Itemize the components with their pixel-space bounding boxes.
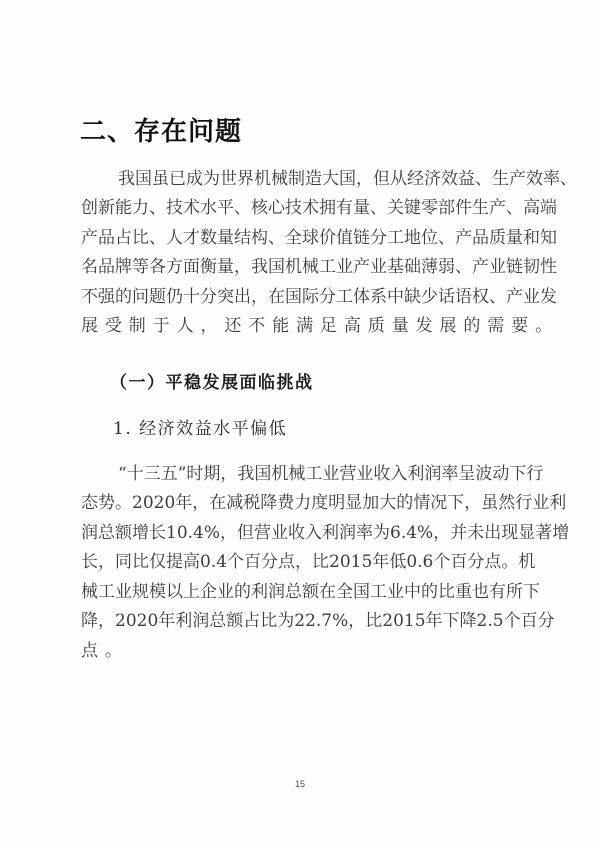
item-title: 1. 经济效益水平偏低 [113,414,287,439]
document-page: 二、存在问题 我国虽已成为世界机械制造大国，但从经济效益、生产效率、 创新能力、… [0,0,600,848]
paragraph-line: “十三五”时期，我国机械工业营业收入利润率呈波动下行 [118,462,523,486]
section-title: 二、存在问题 [80,111,242,148]
paragraph-line: 润总额增长10.4%，但营业收入利润率为6.4%，并未出现显著增 [81,521,523,545]
paragraph-line: 名品牌等各方面衡量，我国机械工业产业基础薄弱、产业链韧性 [81,255,523,279]
paragraph-line: 展受制于人，还不能满足高质量发展的需要。 [81,314,523,338]
paragraph-line: 长，同比仅提高0.4个百分点，比2015年低0.6个百分点。机 [81,550,523,574]
paragraph-line: 不强的问题仍十分突出，在国际分工体系中缺少话语权、产业发 [81,285,523,309]
paragraph-line: 降，2020年利润总额占比为22.7%，比2015年下降2.5个百分 [81,609,523,633]
subsection-title: （一）平稳发展面临挑战 [110,368,314,393]
paragraph-line: 点。 [81,639,523,663]
paragraph-line: 我国虽已成为世界机械制造大国，但从经济效益、生产效率、 [118,167,523,191]
paragraph-line: 械工业规模以上企业的利润总额在全国工业中的比重也有所下 [81,580,523,604]
paragraph-line: 创新能力、技术水平、核心技术拥有量、关键零部件生产、高端 [81,196,523,220]
paragraph-line: 产品占比、人才数量结构、全球价值链分工地位、产品质量和知 [81,226,523,250]
page-number: 15 [0,779,600,789]
paragraph-line: 态势。2020年，在减税降费力度明显加大的情况下，虽然行业利 [81,491,523,515]
